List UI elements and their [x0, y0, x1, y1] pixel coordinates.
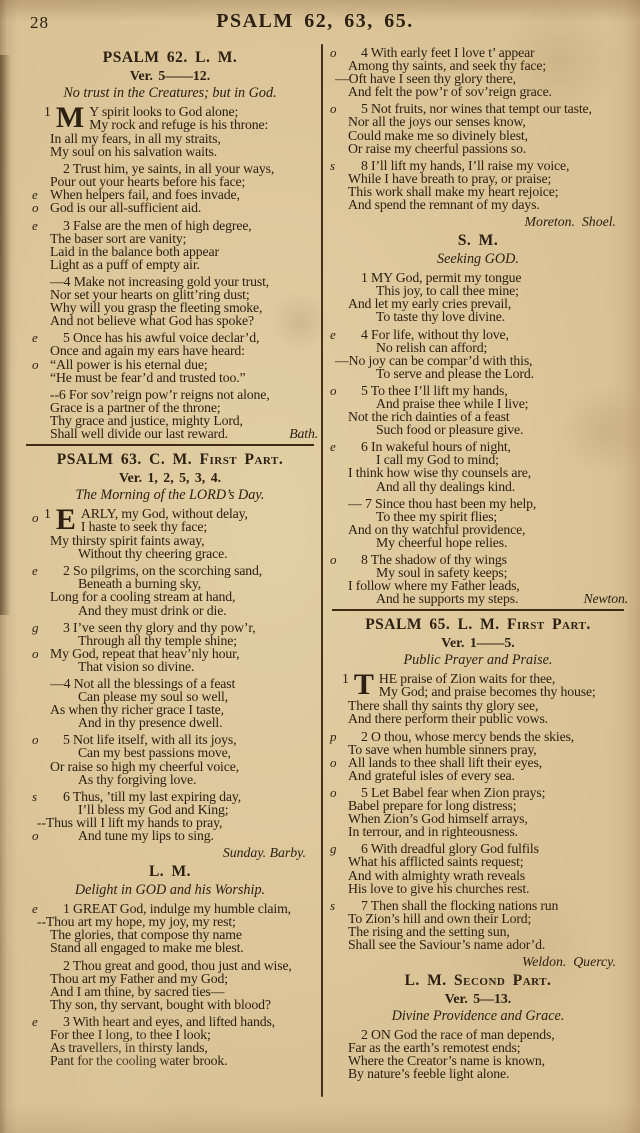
verse-line: Through all thy temple shine; — [78, 634, 316, 647]
verse-line: e4 For life, without thy love, — [361, 328, 626, 341]
expression-mark: g — [330, 842, 337, 855]
stanza: 2 Thou great and good, thou just and wis… — [24, 959, 316, 1011]
expression-mark: o — [32, 733, 39, 746]
verse-line: Pant for the cooling water brook. — [50, 1054, 316, 1067]
verse-line: To taste thy love divine. — [376, 310, 626, 323]
psalm-heading: S. M. — [330, 232, 626, 249]
expression-mark: e — [32, 219, 38, 232]
verse-line: Such food or pleasure give. — [376, 423, 626, 436]
verse-line: Shall well divide our last reward.Bath. — [50, 427, 316, 440]
stanza: p2 O thou, whose mercy bends the skies,T… — [330, 730, 626, 782]
stanza: o4 With early feet I love t’ appearAmong… — [330, 46, 626, 98]
verse-line: Stand all engaged to make me blest. — [50, 941, 316, 954]
verse-line: My God; and praise becomes thy house; — [348, 685, 626, 698]
stanza: e6 In wakeful hours of night,I call my G… — [330, 440, 626, 492]
verse-line: s8 I’ll lift my hands, I’ll raise my voi… — [361, 159, 626, 172]
stanza: --6 For sov’reign pow’r reigns not alone… — [24, 388, 316, 440]
verse-line: s6 Thus, ’till my last expiring day, — [63, 790, 316, 803]
expression-mark: e — [32, 1015, 38, 1028]
expression-mark: s — [330, 159, 335, 172]
verse-line: oAll lands to thee shall lift their eyes… — [348, 756, 626, 769]
expression-mark: e — [330, 328, 336, 341]
stanza: — 7 Since thou hast been my help,To thee… — [330, 497, 626, 549]
book-page: 28 PSALM 62, 63, 65. PSALM 62. L. M.Ver.… — [0, 0, 640, 1133]
verse-line: And not believe what God has spoke? — [50, 314, 316, 327]
stanza: 1MY spirit looks to God alone;My rock an… — [24, 105, 316, 158]
verse-line: My soul on his salvation waits. — [50, 145, 316, 158]
verse-line: —No joy can be compar’d with this, — [348, 354, 626, 367]
expression-mark: o — [330, 756, 337, 769]
verse-line: The rising and the setting sun, — [348, 925, 626, 938]
verse-line: — 7 Since thou hast been my help, — [361, 497, 626, 510]
expression-mark: o — [32, 510, 39, 526]
stanza: s8 I’ll lift my hands, I’ll raise my voi… — [330, 159, 626, 211]
stanza: g6 With dreadful glory God fulfilsWhat h… — [330, 842, 626, 894]
expression-mark: g — [32, 621, 39, 634]
verse-line: And grateful isles of every sea. — [348, 769, 626, 782]
verse-line: By nature’s feeble light alone. — [348, 1067, 626, 1080]
verse-reference: Ver. 5——12. — [24, 68, 316, 83]
expression-mark: s — [330, 899, 335, 912]
verse-line: And on thy watchful providence, — [348, 523, 626, 536]
tune-name: Bath. — [289, 427, 318, 440]
stanza: e3 With heart and eyes, and lifted hands… — [24, 1015, 316, 1067]
expression-mark: o — [32, 201, 39, 214]
verse-line: oGod is our all-sufficient aid. — [50, 201, 316, 214]
section-divider — [26, 444, 314, 446]
verse-line: Shall see the Saviour’s name ador’d. — [348, 938, 626, 951]
psalm-subtitle: Seeking GOD. — [330, 251, 626, 267]
expression-mark: o — [330, 102, 337, 115]
section-divider — [332, 609, 624, 611]
verse-reference: Ver. 1, 2, 5, 3, 4. — [24, 470, 316, 485]
expression-mark: o — [32, 647, 39, 660]
expression-mark: e — [32, 331, 38, 344]
stanza: o5 Not fruits, nor wines that tempt our … — [330, 102, 626, 154]
verse-line: To save when humble sinners pray, — [348, 743, 626, 756]
stanza: 1THE praise of Zion waits for thee,My Go… — [330, 672, 626, 725]
verse-line: g3 I’ve seen thy glory and thy pow’r, — [63, 621, 316, 634]
verse-line: Or raise so high my cheerful voice, — [50, 760, 316, 773]
stanza: s6 Thus, ’till my last expiring day,I’ll… — [24, 790, 316, 842]
psalm-subtitle: Delight in GOD and his Worship. — [24, 882, 316, 898]
verse-line: And felt the pow’r of sov’reign grace. — [348, 85, 626, 98]
psalm-subtitle: Public Prayer and Praise. — [330, 652, 626, 668]
verse-line: My cheerful hope relies. — [376, 536, 626, 549]
verse-line: Long for a cooling stream at hand, — [50, 590, 316, 603]
verse-line: Laid in the balance both appear — [50, 245, 316, 258]
stanza: —4 Make not increasing gold your trust,N… — [24, 275, 316, 327]
psalm-heading: PSALM 63. C. M. First Part. — [24, 451, 316, 468]
verse-line: Can my best passions move, — [78, 746, 316, 759]
verse-line: Thou art my Father and my God; — [50, 972, 316, 985]
verse-line: While I have breath to pray, or praise; — [348, 172, 626, 185]
page-header-title: PSALM 62, 63, 65. — [0, 10, 630, 33]
verse-line: The baser sort are vanity; — [50, 232, 316, 245]
verse-line: I haste to seek thy face; — [50, 520, 316, 533]
psalm-heading: PSALM 62. L. M. — [24, 49, 316, 66]
verse-line: My rock and refuge is his throne: — [50, 118, 316, 131]
verse-line: Grace is a partner of the throne; — [50, 401, 316, 414]
verse-line: p2 O thou, whose mercy bends the skies, — [361, 730, 626, 743]
verse-line: To Zion’s hill and own their Lord; — [348, 912, 626, 925]
expression-mark: o — [32, 829, 39, 842]
verse-line: I think how wise thy counsels are, — [348, 466, 626, 479]
psalm-heading: L. M. Second Part. — [330, 972, 626, 989]
stanza: e3 False are the men of high degree,The … — [24, 219, 316, 271]
verse-line: Thy grace and justice, mighty Lord, — [50, 414, 316, 427]
verse-line: To serve and please the Lord. — [376, 367, 626, 380]
verse-reference: Ver. 5—13. — [330, 991, 626, 1006]
verse-line: --6 For sov’reign pow’r reigns not alone… — [63, 388, 316, 401]
verse-line: And all thy dealings kind. — [376, 480, 626, 493]
verse-line: No relish can afford; — [376, 341, 626, 354]
right-column: o4 With early feet I love t’ appearAmong… — [330, 46, 626, 1084]
verse-line: Nor all the joys our senses know, — [348, 115, 626, 128]
verse-line: Or raise my cheerful passions so. — [348, 142, 626, 155]
verse-line: oMy God, repeat that heav’nly hour, — [50, 647, 316, 660]
verse-line: What his afflicted saints request; — [348, 855, 626, 868]
verse-line: And spend the remnant of my days. — [348, 198, 626, 211]
verse-line: 2 Thou great and good, thou just and wis… — [63, 959, 316, 972]
verse-line: Without thy cheering grace. — [78, 547, 316, 560]
expression-mark: o — [32, 358, 39, 371]
psalm-subtitle: Divine Providence and Grace. — [330, 1008, 626, 1024]
verse-line: And there perform their public vows. — [348, 712, 626, 725]
verse-line: In terrour, and in righteousness. — [348, 825, 626, 838]
verse-line: I’ll bless my God and King; — [78, 803, 316, 816]
verse-line: And with almighty wrath reveals — [348, 869, 626, 882]
tune-names: Sunday. Barby. — [24, 845, 316, 860]
verse-line: “He must be fear’d and trusted too.” — [50, 371, 316, 384]
tune-names: Moreton. Shoel. — [330, 214, 626, 229]
stanza: 2 Trust him, ye saints, in all your ways… — [24, 162, 316, 214]
tune-names: Weldon. Quercy. — [330, 954, 626, 969]
expression-mark: o — [330, 384, 337, 397]
stanza: 2 ON God the race of man depends,Far as … — [330, 1028, 626, 1080]
verse-line: And he supports my steps.Newton. — [376, 592, 626, 605]
stanza: 1 MY God, permit my tongueThis joy, to c… — [330, 271, 626, 323]
verse-line: That vision so divine. — [78, 660, 316, 673]
stanza: o5 Let Babel fear when Zion prays;Babel … — [330, 786, 626, 838]
stanza: s7 Then shall the flocking nations runTo… — [330, 899, 626, 951]
stanza: o8 The shadow of thy wingsMy soul in saf… — [330, 553, 626, 605]
verse-line: oAnd tune my lips to sing. — [78, 829, 316, 842]
verse-reference: Ver. 1——5. — [330, 635, 626, 650]
stanza: o1EARLY, my God, without delay,I haste t… — [24, 507, 316, 560]
psalm-heading: PSALM 65. L. M. First Part. — [330, 616, 626, 633]
stanza: e5 Once has his awful voice declar’d,Onc… — [24, 331, 316, 383]
verse-line: To thee my spirit flies; — [376, 510, 626, 523]
verse-line: Once and again my ears have heard: — [50, 344, 316, 357]
expression-mark: s — [32, 790, 37, 803]
stanza: g3 I’ve seen thy glory and thy pow’r,Thr… — [24, 621, 316, 673]
left-column: PSALM 62. L. M.Ver. 5——12.No trust in th… — [24, 46, 316, 1071]
verse-line: And they must drink or die. — [78, 604, 316, 617]
verse-line: s7 Then shall the flocking nations run — [361, 899, 626, 912]
verse-line: Light as a puff of empty air. — [50, 258, 316, 271]
psalm-heading: L. M. — [24, 863, 316, 880]
verse-line: Thy son, thy servant, bought with blood? — [50, 998, 316, 1011]
verse-line: And I am thine, by sacred ties— — [50, 985, 316, 998]
verse-line: And in thy presence dwell. — [78, 716, 316, 729]
stanza: —4 Not all the blessings of a feastCan p… — [24, 677, 316, 729]
stanza: o5 To thee I’ll lift my hands,And praise… — [330, 384, 626, 436]
psalm-subtitle: No trust in the Creatures; but in God. — [24, 85, 316, 101]
stanza: e4 For life, without thy love,No relish … — [330, 328, 626, 380]
verse-line: Could make me so divinely blest, — [348, 129, 626, 142]
tune-name: Newton. — [583, 592, 628, 605]
expression-mark: e — [330, 440, 336, 453]
expression-mark: o — [330, 46, 337, 59]
dropcap-line: 1MY spirit looks to God alone;My rock an… — [50, 105, 316, 131]
verse-line: o“All power is his eternal due; — [50, 358, 316, 371]
verse-line: e3 With heart and eyes, and lifted hands… — [63, 1015, 316, 1028]
dropcap-line: o1EARLY, my God, without delay,I haste t… — [50, 507, 316, 533]
expression-mark: o — [330, 553, 337, 566]
psalm-subtitle: The Morning of the LORD’s Day. — [24, 487, 316, 503]
stanza: e2 So pilgrims, on the scorching sand,Be… — [24, 564, 316, 616]
verse-line: As thy forgiving love. — [78, 773, 316, 786]
expression-mark: o — [330, 786, 337, 799]
stanza: o5 Not life itself, with all its joys,Ca… — [24, 733, 316, 785]
verse-line: o5 To thee I’ll lift my hands, — [361, 384, 626, 397]
verse-line: His love to give his churches rest. — [348, 882, 626, 895]
stanza: e1 GREAT God, indulge my humble claim,--… — [24, 902, 316, 954]
column-divider — [321, 44, 323, 1097]
expression-mark: p — [330, 730, 337, 743]
verse-line: e3 False are the men of high degree, — [63, 219, 316, 232]
dropcap-line: 1THE praise of Zion waits for thee,My Go… — [348, 672, 626, 698]
expression-mark: e — [32, 564, 38, 577]
